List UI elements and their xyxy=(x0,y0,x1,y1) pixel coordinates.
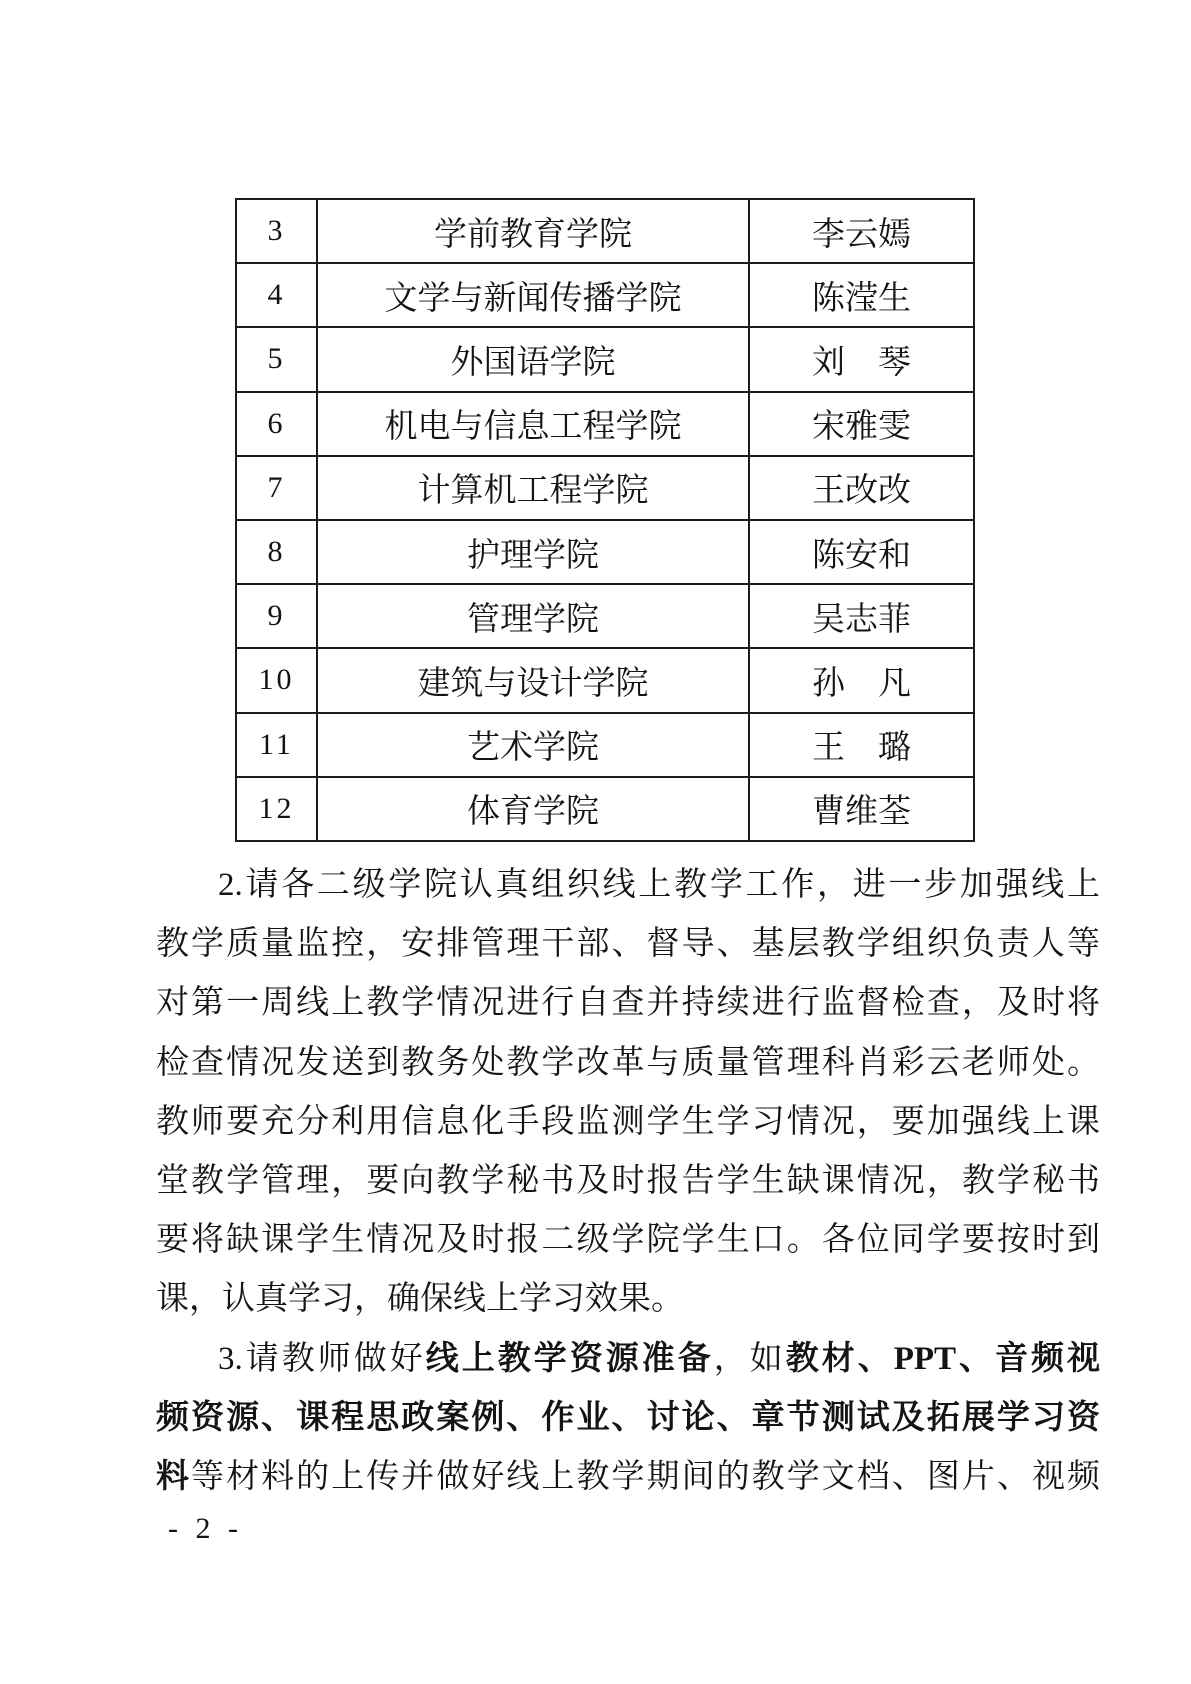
row-number: 3 xyxy=(236,199,317,263)
college-roster-table: 3 学前教育学院 李云嫣 4 文学与新闻传播学院 陈滢生 5 外国语学院 刘 琴… xyxy=(235,198,975,842)
college-name: 体育学院 xyxy=(317,777,749,841)
text-line: 课，认真学习，确保线上学习效果。 xyxy=(156,1270,1100,1329)
college-name: 计算机工程学院 xyxy=(317,456,749,520)
table-row: 9 管理学院 吴志菲 xyxy=(236,584,974,648)
table-row: 10 建筑与设计学院 孙 凡 xyxy=(236,648,974,712)
person-name: 孙 凡 xyxy=(749,648,974,712)
row-number: 4 xyxy=(236,263,317,327)
college-name: 管理学院 xyxy=(317,584,749,648)
text-line: 2.请各二级学院认真组织线上教学工作，进一步加强线上 xyxy=(156,856,1100,915)
text-segment: ，如 xyxy=(714,1341,786,1377)
table-row: 6 机电与信息工程学院 宋雅雯 xyxy=(236,392,974,456)
college-name: 外国语学院 xyxy=(317,327,749,391)
bold-text-segment: 频资源、课程思政案例、作业、讨论、章节测试及拓展学习资 xyxy=(156,1400,1100,1436)
text-segment: 检查情况发送到教务处教学改革与质量管理科肖彩云老师处。 xyxy=(156,1045,1100,1081)
row-number: 8 xyxy=(236,520,317,584)
college-name: 学前教育学院 xyxy=(317,199,749,263)
document-body: 2.请各二级学院认真组织线上教学工作，进一步加强线上 教学质量监控，安排管理干部… xyxy=(156,856,1100,1507)
table-row: 11 艺术学院 王 璐 xyxy=(236,713,974,777)
person-name: 陈安和 xyxy=(749,520,974,584)
person-name: 王 璐 xyxy=(749,713,974,777)
row-number: 9 xyxy=(236,584,317,648)
college-name: 文学与新闻传播学院 xyxy=(317,263,749,327)
text-line: 教师要充分利用信息化手段监测学生学习情况，要加强线上课 xyxy=(156,1093,1100,1152)
text-segment: 对第一周线上教学情况进行自查并持续进行监督检查，及时将 xyxy=(156,985,1100,1021)
bold-text-segment: 教材、PPT、音频视 xyxy=(786,1341,1100,1377)
text-segment: 教师要充分利用信息化手段监测学生学习情况，要加强线上课 xyxy=(156,1104,1100,1140)
table-row: 3 学前教育学院 李云嫣 xyxy=(236,199,974,263)
person-name: 吴志菲 xyxy=(749,584,974,648)
person-name: 王改改 xyxy=(749,456,974,520)
row-number: 11 xyxy=(236,713,317,777)
row-number: 7 xyxy=(236,456,317,520)
person-name: 宋雅雯 xyxy=(749,392,974,456)
page-number: - 2 - xyxy=(168,1512,243,1546)
text-line: 料等材料的上传并做好线上教学期间的教学文档、图片、视频 xyxy=(156,1448,1100,1507)
person-name: 刘 琴 xyxy=(749,327,974,391)
text-line: 堂教学管理，要向教学秘书及时报告学生缺课情况，教学秘书 xyxy=(156,1152,1100,1211)
person-name: 李云嫣 xyxy=(749,199,974,263)
text-line: 3.请教师做好线上教学资源准备，如教材、PPT、音频视 xyxy=(156,1330,1100,1389)
document-page: 3 学前教育学院 李云嫣 4 文学与新闻传播学院 陈滢生 5 外国语学院 刘 琴… xyxy=(0,0,1191,1684)
person-name: 曹维荃 xyxy=(749,777,974,841)
college-name: 艺术学院 xyxy=(317,713,749,777)
text-segment: 堂教学管理，要向教学秘书及时报告学生缺课情况，教学秘书 xyxy=(156,1163,1100,1199)
row-number: 5 xyxy=(236,327,317,391)
row-number: 10 xyxy=(236,648,317,712)
text-line: 要将缺课学生情况及时报二级学院学生口。各位同学要按时到 xyxy=(156,1211,1100,1270)
table-row: 5 外国语学院 刘 琴 xyxy=(236,327,974,391)
bold-text-segment: 线上教学资源准备 xyxy=(426,1341,714,1377)
college-name: 护理学院 xyxy=(317,520,749,584)
college-name: 建筑与设计学院 xyxy=(317,648,749,712)
text-segment: 教学质量监控，安排管理干部、督导、基层教学组织负责人等 xyxy=(156,926,1100,962)
bold-text-segment: 料 xyxy=(156,1459,191,1495)
text-line: 教学质量监控，安排管理干部、督导、基层教学组织负责人等 xyxy=(156,915,1100,974)
text-segment: 2.请各二级学院认真组织线上教学工作，进一步加强线上 xyxy=(218,867,1100,903)
text-segment: 3.请教师做好 xyxy=(218,1341,426,1377)
table-row: 4 文学与新闻传播学院 陈滢生 xyxy=(236,263,974,327)
college-name: 机电与信息工程学院 xyxy=(317,392,749,456)
table-row: 8 护理学院 陈安和 xyxy=(236,520,974,584)
person-name: 陈滢生 xyxy=(749,263,974,327)
table-row: 12 体育学院 曹维荃 xyxy=(236,777,974,841)
text-segment: 课，认真学习，确保线上学习效果。 xyxy=(156,1281,684,1317)
text-segment: 等材料的上传并做好线上教学期间的教学文档、图片、视频 xyxy=(191,1459,1100,1495)
row-number: 6 xyxy=(236,392,317,456)
text-segment: 要将缺课学生情况及时报二级学院学生口。各位同学要按时到 xyxy=(156,1222,1100,1258)
text-line: 频资源、课程思政案例、作业、讨论、章节测试及拓展学习资 xyxy=(156,1389,1100,1448)
table-row: 7 计算机工程学院 王改改 xyxy=(236,456,974,520)
text-line: 对第一周线上教学情况进行自查并持续进行监督检查，及时将 xyxy=(156,974,1100,1033)
row-number: 12 xyxy=(236,777,317,841)
text-line: 检查情况发送到教务处教学改革与质量管理科肖彩云老师处。 xyxy=(156,1034,1100,1093)
